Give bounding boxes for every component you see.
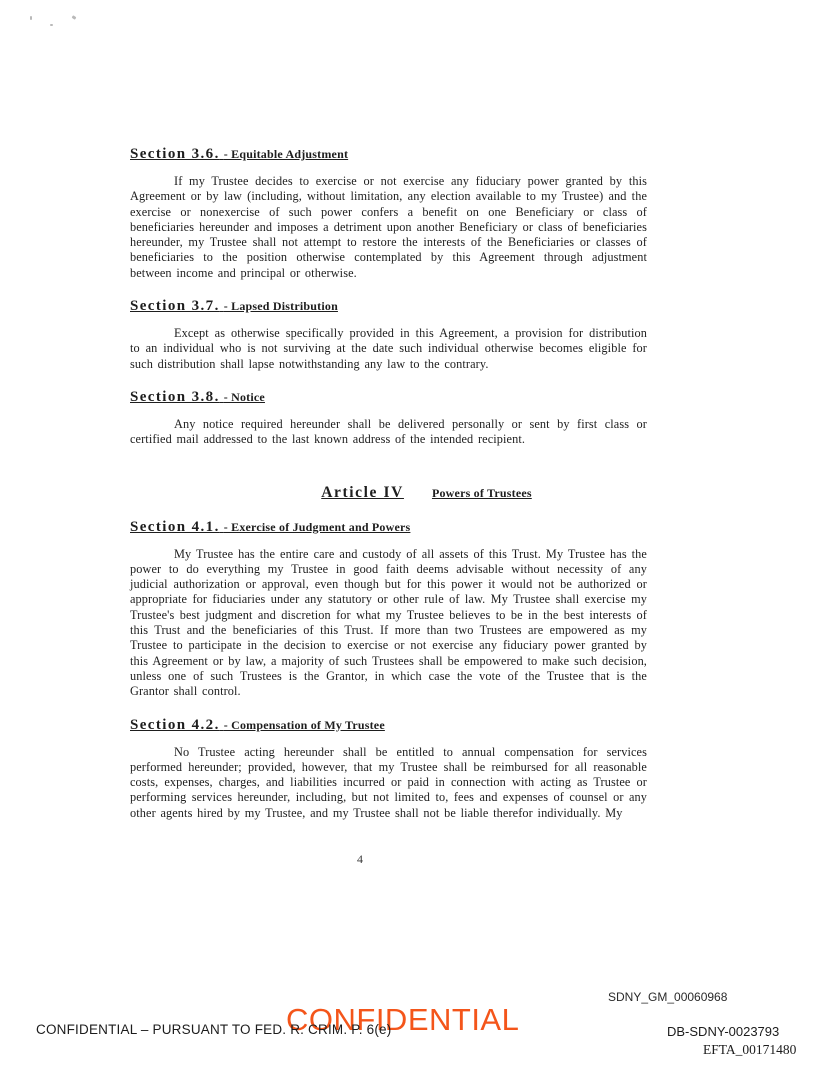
document-body: Section 3.6. - Equitable Adjustment If m…: [130, 145, 647, 821]
page-number: 4: [357, 852, 363, 867]
scan-speck: [30, 16, 32, 20]
section-paragraph-4-1: My Trustee has the entire care and custo…: [130, 547, 647, 700]
section-number: Section 4.1.: [130, 519, 220, 535]
section-paragraph-3-8: Any notice required hereunder shall be d…: [130, 417, 647, 448]
confidential-footer-line: CONFIDENTIAL – PURSUANT TO FED. R. CRIM.…: [36, 1022, 391, 1037]
document-page: Section 3.6. - Equitable Adjustment If m…: [0, 0, 816, 1073]
scan-speck: [72, 15, 77, 20]
section-heading-3-7: Section 3.7. - Lapsed Distribution: [130, 297, 647, 315]
section-title: - Compensation of My Trustee: [224, 718, 385, 732]
article-heading: Article IVPowers of Trustees: [168, 484, 685, 502]
section-title: - Notice: [224, 390, 265, 404]
section-paragraph-3-6: If my Trustee decides to exercise or not…: [130, 174, 647, 281]
bates-number-efta: EFTA_00171480: [703, 1042, 796, 1058]
article-title: Powers of Trustees: [432, 486, 532, 500]
section-heading-3-6: Section 3.6. - Equitable Adjustment: [130, 145, 647, 163]
section-paragraph-3-7: Except as otherwise specifically provide…: [130, 326, 647, 372]
section-title: - Equitable Adjustment: [224, 147, 348, 161]
section-title: - Exercise of Judgment and Powers: [224, 520, 411, 534]
section-heading-4-1: Section 4.1. - Exercise of Judgment and …: [130, 518, 647, 536]
section-heading-3-8: Section 3.8. - Notice: [130, 388, 647, 406]
bates-number-db-sdny: DB-SDNY-0023793: [667, 1024, 779, 1039]
section-number: Section 3.8.: [130, 389, 220, 405]
section-number: Section 3.7.: [130, 298, 220, 314]
section-paragraph-4-2: No Trustee acting hereunder shall be ent…: [130, 745, 647, 821]
scan-speck: [50, 24, 53, 26]
bates-number-sdny-gm: SDNY_GM_00060968: [608, 990, 727, 1004]
section-heading-4-2: Section 4.2. - Compensation of My Truste…: [130, 716, 647, 734]
article-number: Article IV: [321, 484, 404, 501]
section-title: - Lapsed Distribution: [224, 299, 338, 313]
section-number: Section 4.2.: [130, 717, 220, 733]
section-number: Section 3.6.: [130, 146, 220, 162]
